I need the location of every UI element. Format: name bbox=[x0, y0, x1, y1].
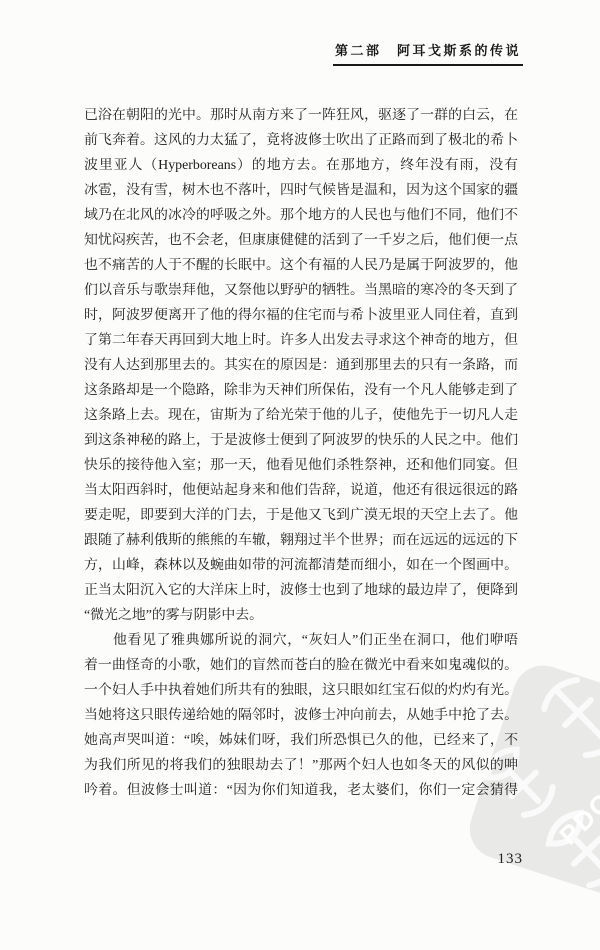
text-line: 域乃在北风的冰冷的呼吸之外。那个地方的人民也与他们不同，他们不 bbox=[84, 203, 518, 228]
text-line: 要走呢，即要到大洋的门去，于是他又飞到广漠无垠的天空上去了。他 bbox=[84, 503, 518, 528]
text-line: 她高声哭叫道：“唉，姊妹们呀，我们所恐惧已久的他，已经来了，不 bbox=[84, 728, 518, 753]
book-page: 第二部 阿耳戈斯系的传说 已浴在朝阳的光中。那时从南方来了一阵狂风，驱逐了一群的… bbox=[0, 0, 600, 950]
text-line: 方，山峰，森林以及蜿曲如带的河流都清楚而细小，如在一个图画中。 bbox=[84, 553, 518, 578]
text-line: 一个妇人手中执着她们所共有的独眼，这只眼如红宝石似的灼灼有光。 bbox=[84, 678, 518, 703]
text-line: 前飞奔着。这风的力太猛了，竟将波修士吹出了正路而到了极北的希卜 bbox=[84, 128, 518, 153]
text-line: 快乐的接待他入室；那一天，他看见他们杀牲祭神，还和他们同宴。但 bbox=[84, 453, 518, 478]
text-line: 吟着。但波修士叫道：“因为你们知道我，老太婆们，你们一定会猜得 bbox=[84, 778, 518, 803]
body-text: 已浴在朝阳的光中。那时从南方来了一阵狂风，驱逐了一群的白云，在前飞奔着。这风的力… bbox=[84, 103, 518, 803]
text-line: 正当太阳沉入它的大洋床上时，波修士也到了地球的最边岸了，便降到 bbox=[84, 578, 518, 603]
text-line: 这条路却是一个隐路，除非为天神们所保佑，没有一个凡人能够走到了 bbox=[84, 378, 518, 403]
text-line: 了第二年春天再回到大地上时。许多人出发去寻求这个神奇的地方，但 bbox=[84, 328, 518, 353]
text-line: 时，阿波罗便离开了他的得尔福的住宅而与希卜波里亚人同住着，直到 bbox=[84, 303, 518, 328]
text-line: 到这条神秘的路上，于是波修士便到了阿波罗的快乐的人民之中。他们 bbox=[84, 428, 518, 453]
text-line: 当太阳西斜时，他便站起身来和他们告辞，说道，他还有很远很远的路 bbox=[84, 478, 518, 503]
text-line: 也不痛苦的人于不醒的长眠中。这个有福的人民乃是属于阿波罗的，他 bbox=[84, 253, 518, 278]
text-line: 这条路上去。现在，宙斯为了给光荣于他的儿子，使他先于一切凡人走 bbox=[84, 403, 518, 428]
running-header: 第二部 阿耳戈斯系的传说 bbox=[333, 40, 523, 66]
text-line: 知忧闷疾苦，也不会老，但康康健健的活到了一千岁之后，他们便一点 bbox=[84, 228, 518, 253]
text-line: 冰雹，没有雪，树木也不落叶，四时气候皆是温和，因为这个国家的疆 bbox=[84, 178, 518, 203]
text-line: 着一曲怪奇的小歌，她们的盲然而苍白的脸在微光中看来如鬼魂似的。 bbox=[84, 653, 518, 678]
text-line: 们以音乐与歌崇拜他，又祭他以野驴的牺牲。当黑暗的寒冷的冬天到了 bbox=[84, 278, 518, 303]
text-line: 波里亚人（Hyperboreans）的地方去。在那地方，终年没有雨，没有 bbox=[84, 153, 518, 178]
text-line: 没有人达到那里去的。其实在的原因是：通到那里去的只有一条路，而 bbox=[84, 353, 518, 378]
text-line: 已浴在朝阳的光中。那时从南方来了一阵狂风，驱逐了一群的白云，在 bbox=[84, 103, 518, 128]
page-number: 133 bbox=[498, 851, 524, 868]
text-line: 他看见了雅典娜所说的洞穴，“灰妇人”们正坐在洞口，他们咿唔 bbox=[84, 628, 518, 653]
text-line: 为我们所见的将我们的独眼劫去了！”那两个妇人也如冬天的风似的呻 bbox=[84, 753, 518, 778]
text-line: “微光之地”的雾与阴影中去。 bbox=[84, 603, 518, 628]
text-line: 跟随了赫利俄斯的熊熊的车辙，翱翔过半个世界；而在远远的远远的下 bbox=[84, 528, 518, 553]
text-line: 当她将这只眼传递给她的隔邻时，波修士冲向前去，从她手中抢了去。 bbox=[84, 703, 518, 728]
